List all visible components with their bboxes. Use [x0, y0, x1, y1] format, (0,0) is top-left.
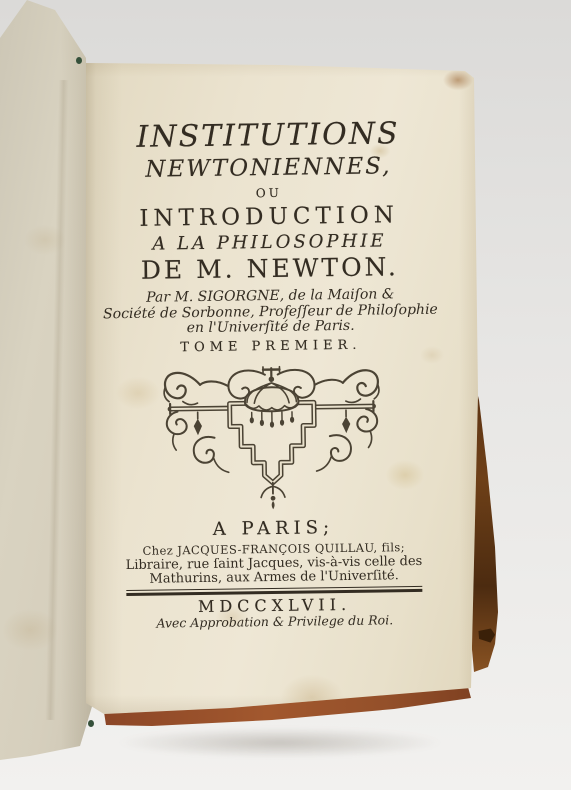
- volume-statement: TOME PREMIER.: [84, 336, 458, 356]
- ornament-container: [84, 357, 460, 518]
- conjunction-ou: OU: [82, 183, 456, 202]
- title-page-text: INSTITUTIONS NEWTONIENNES, OU INTRODUCTI…: [80, 52, 463, 717]
- binding-speck-bottom: [88, 720, 94, 727]
- author-statement: Par M. SIGORGNE, de la Maiſon & Société …: [83, 286, 458, 338]
- title-page: INSTITUTIONS NEWTONIENNES, OU INTRODUCTI…: [80, 55, 485, 725]
- subtitle-introduction: INTRODUCTION: [82, 201, 456, 232]
- subtitle-newton: DE M. NEWTON.: [83, 251, 457, 285]
- book-title-line2: NEWTONIENNES,: [81, 152, 455, 183]
- engraved-vignette-ornament: [153, 358, 391, 513]
- book-cast-shadow: [55, 726, 505, 768]
- book-title-line1: INSTITUTIONS: [81, 115, 455, 155]
- imprint-city: A PARIS;: [86, 515, 460, 541]
- binding-speck-top: [76, 57, 82, 64]
